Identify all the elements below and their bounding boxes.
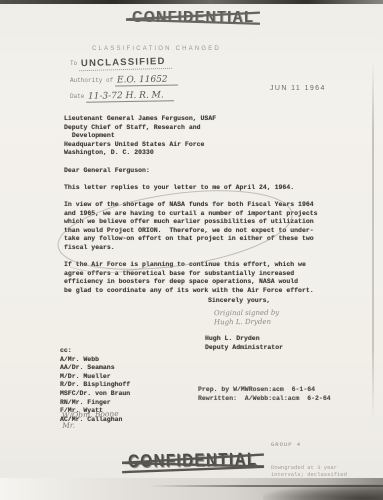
date-handwriting: 11-3-72 H. R. M. <box>86 90 174 103</box>
to-label: To <box>70 60 77 67</box>
confidential-stamp-top: CONFIDENTIAL <box>132 7 254 25</box>
prep-notes: Prep. by W/MWRosen:acm 6-1-64 Rewritten:… <box>198 386 331 403</box>
cc-label: cc: <box>60 347 130 356</box>
body-paragraph-1: This letter replies to your letter to me… <box>64 184 330 193</box>
body-paragraph-2: In view of the shortage of NASA funds fo… <box>64 201 330 253</box>
declassification-block: CLASSIFICATION CHANGED To UNCLASSIFIED A… <box>70 46 250 102</box>
body-paragraph-3: If the Air Force is planning to continue… <box>64 261 330 295</box>
letter-body: Lieutenant General James Ferguson, USAF … <box>64 115 330 304</box>
handwritten-note: W/Obm. Boone Mr. <box>62 409 120 431</box>
scanned-letter-page: CONFIDENTIAL CLASSIFICATION CHANGED To U… <box>0 0 383 500</box>
scanner-edge-bottom <box>0 478 383 500</box>
classification-changed-label: CLASSIFICATION CHANGED <box>92 46 250 52</box>
signature-name: Hugh L. Dryden <box>205 335 260 344</box>
confidential-stamp-bottom: CONFIDENTIAL <box>128 449 258 472</box>
salutation: Dear General Ferguson: <box>64 167 330 176</box>
recipient-address: Lieutenant General James Ferguson, USAF … <box>64 115 330 158</box>
signature-title: Deputy Administrator <box>205 344 283 353</box>
group-4-title: GROUP 4 <box>271 441 347 449</box>
date-label: Date <box>70 93 84 100</box>
closing: Sincerely yours, <box>208 297 270 306</box>
unclassified-stamp: UNCLASSIFIED <box>79 56 172 71</box>
scanner-edge-right <box>372 60 374 420</box>
authority-label: Authority of <box>70 77 113 84</box>
authority-handwriting: E.O. 11652 <box>115 74 178 86</box>
original-signed-note: Original signed by Hugh L. Dryden <box>214 309 279 328</box>
scanner-edge-top <box>0 0 383 4</box>
received-date-stamp: JUN 11 1964 <box>270 85 326 92</box>
